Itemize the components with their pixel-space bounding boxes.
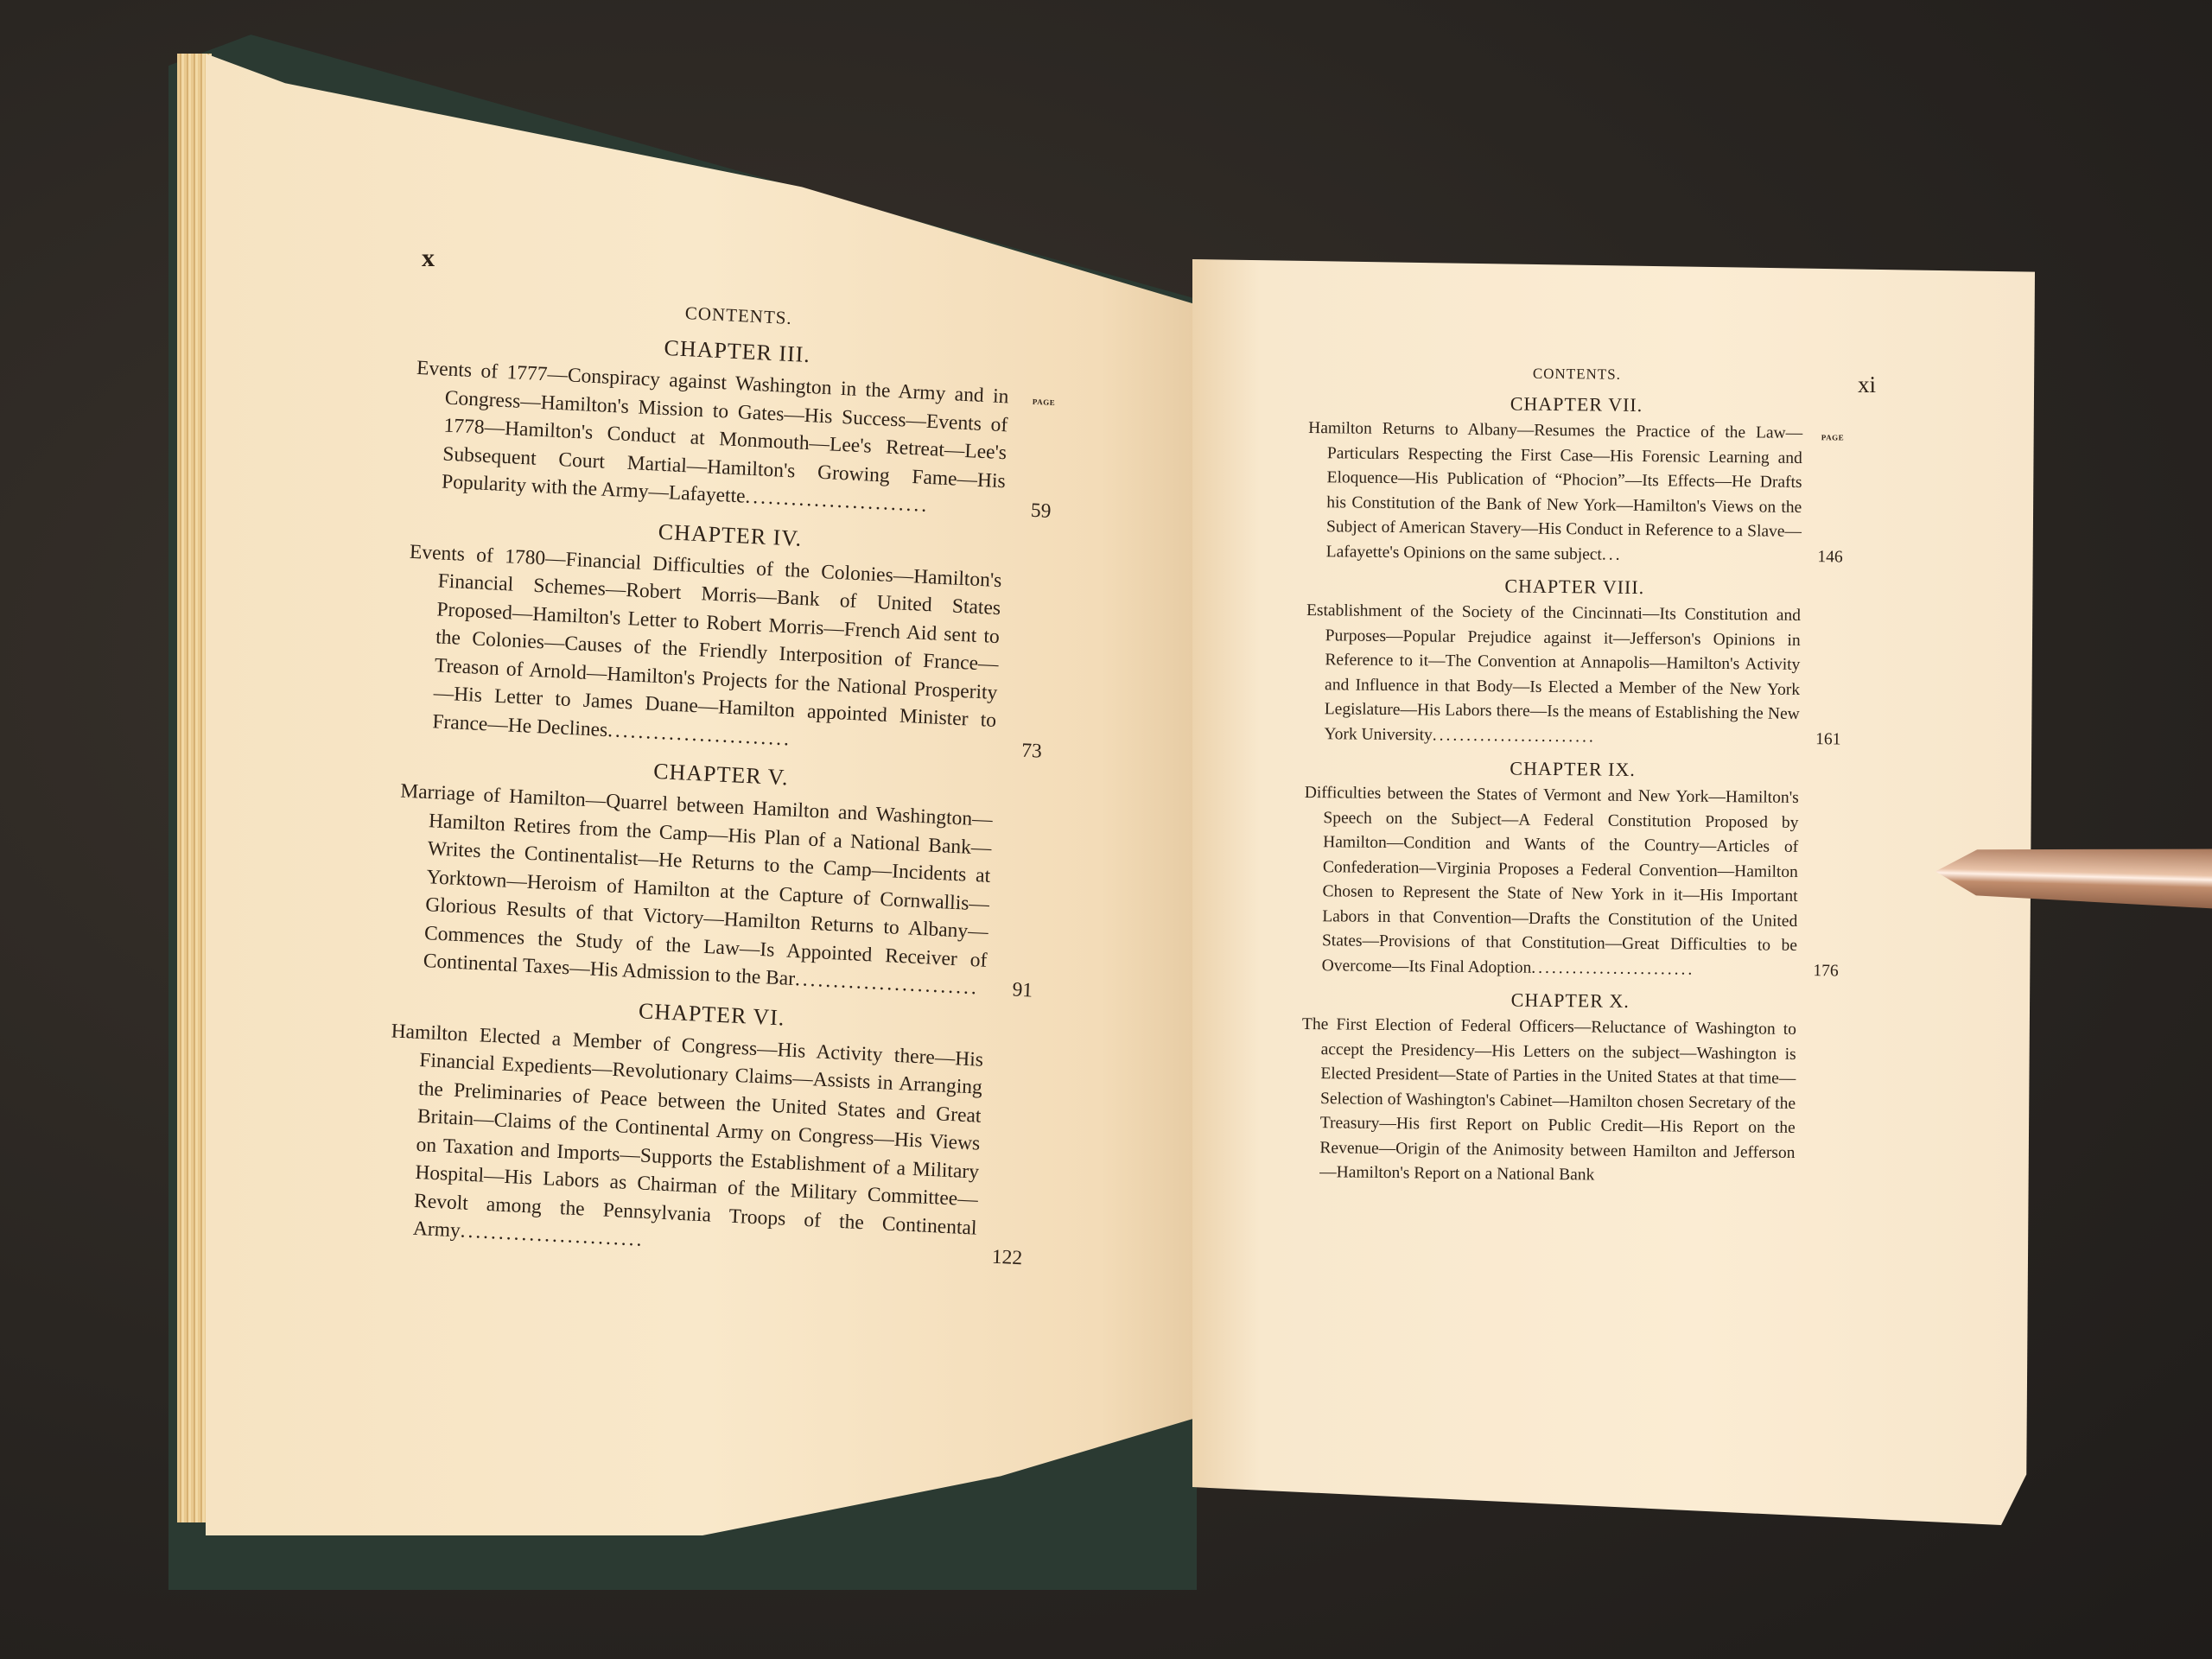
leader-dots: ........................	[1433, 726, 1596, 746]
chapter-heading: CHAPTER VII.	[1308, 391, 1844, 418]
leader-dots: ........................	[607, 719, 792, 750]
entry-text: Events of 1780—Financial Difficulties of…	[410, 540, 1002, 741]
page-number: 176	[1813, 959, 1839, 984]
entry-text: Hamilton Elected a Member of Congress—Hi…	[391, 1020, 983, 1243]
page-number: 161	[1815, 728, 1841, 753]
leader-dots: ........................	[745, 486, 930, 517]
right-folio: xi	[1858, 372, 1876, 398]
toc-entry[interactable]: Hamilton Elected a Member of Congress—Hi…	[383, 1017, 1030, 1273]
toc-entry[interactable]: Marriage of Hamilton—Quarrel between Ham…	[393, 778, 1039, 1005]
entry-text: The First Election of Federal Officers—R…	[1302, 1015, 1796, 1185]
entry-text: Marriage of Hamilton—Quarrel between Ham…	[400, 780, 993, 991]
entry-text: Difficulties between the States of Vermo…	[1305, 784, 1799, 976]
page-column-label: PAGE	[1821, 425, 1845, 450]
toc-entry[interactable]: PAGE Events of 1777—Conspiracy against W…	[412, 354, 1056, 526]
page-number: 146	[1817, 545, 1843, 570]
toc-entry[interactable]: Difficulties between the States of Vermo…	[1303, 781, 1840, 983]
toc-entry[interactable]: PAGE Hamilton Returns to Albany—Resumes …	[1307, 416, 1845, 569]
entry-text: Establishment of the Society of the Cinc…	[1306, 601, 1801, 744]
page-column-label: PAGE	[1032, 388, 1056, 417]
leader-dots: ........................	[1531, 958, 1694, 978]
right-page-contents: CONTENTS. CHAPTER VII. PAGE Hamilton Ret…	[1300, 363, 1845, 1191]
leader-dots: ...	[1602, 545, 1623, 563]
page-number: 91	[1012, 976, 1033, 1005]
leader-dots: ........................	[795, 968, 980, 999]
entry-text: Events of 1777—Conspiracy against Washin…	[416, 357, 1009, 508]
entry-text: Hamilton Returns to Albany—Resumes the P…	[1308, 419, 1802, 563]
toc-entry[interactable]: Events of 1780—Financial Difficulties of…	[403, 537, 1049, 765]
toc-entry[interactable]: The First Election of Federal Officers—R…	[1300, 1013, 1838, 1191]
leader-dots: ........................	[460, 1220, 645, 1251]
page-number: 59	[1030, 497, 1052, 526]
chapter-heading: CHAPTER IX.	[1305, 755, 1840, 783]
toc-entry[interactable]: Establishment of the Society of the Cinc…	[1305, 599, 1842, 752]
page-number: 73	[1021, 736, 1043, 766]
chapter-heading: CHAPTER X.	[1302, 987, 1838, 1014]
page-number: 122	[991, 1243, 1022, 1273]
chapter-heading: CHAPTER VIII.	[1306, 573, 1842, 601]
left-page-contents: CONTENTS. CHAPTER III. PAGE Events of 17…	[383, 238, 1060, 1273]
